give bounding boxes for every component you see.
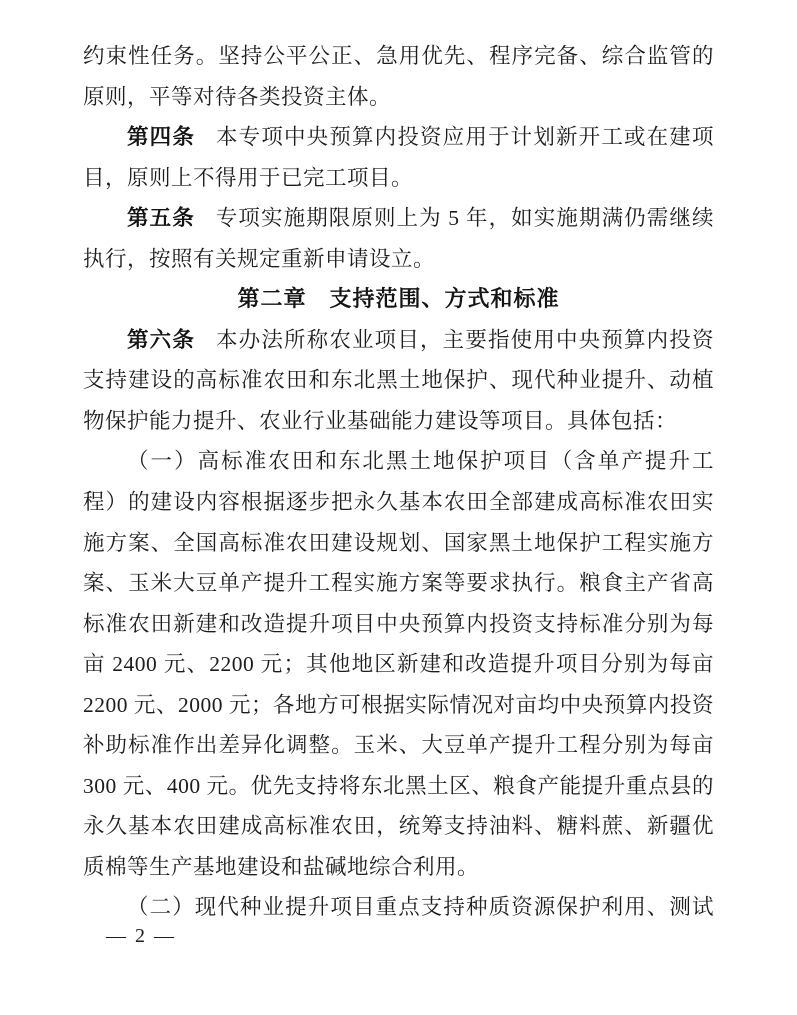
text-line: 2200 元、2000 元；各地方可根据实际情况对亩均中央预算内投资 xyxy=(83,685,714,726)
text-line: 第四条本专项中央预算内投资应用于计划新开工或在建项 xyxy=(83,117,714,158)
article-number: 第五条 xyxy=(127,206,195,230)
text-line: 300 元、400 元。优先支持将东北黑土区、粮食产能提升重点县的 xyxy=(83,766,714,807)
text-line: 支持建设的高标准农田和东北黑土地保护、现代种业提升、动植 xyxy=(83,360,714,401)
text-line: 质棉等生产基地建设和盐碱地综合利用。 xyxy=(83,847,714,888)
text-line: 目，原则上不得用于已完工项目。 xyxy=(83,158,714,199)
text-line: 案、玉米大豆单产提升工程实施方案等要求执行。粮食主产省高 xyxy=(83,563,714,604)
text-line: 补助标准作出差异化调整。玉米、大豆单产提升工程分别为每亩 xyxy=(83,725,714,766)
chapter-heading: 第二章 支持范围、方式和标准 xyxy=(83,279,714,320)
text-line: 约束性任务。坚持公平公正、急用优先、程序完备、综合监管的 xyxy=(83,36,714,77)
text-line: 物保护能力提升、农业行业基础能力建设等项目。具体包括： xyxy=(83,401,714,442)
text-line: 执行，按照有关规定重新申请设立。 xyxy=(83,239,714,280)
text-line: 程）的建设内容根据逐步把永久基本农田全部建成高标准农田实 xyxy=(83,482,714,523)
document-page: 约束性任务。坚持公平公正、急用优先、程序完备、综合监管的原则，平等对待各类投资主… xyxy=(0,0,797,1015)
document-body: 约束性任务。坚持公平公正、急用优先、程序完备、综合监管的原则，平等对待各类投资主… xyxy=(83,36,714,928)
text-line: 标准农田新建和改造提升项目中央预算内投资支持标准分别为每 xyxy=(83,604,714,645)
text-line: 永久基本农田建成高标准农田，统筹支持油料、糖料蔗、新疆优 xyxy=(83,806,714,847)
page-number: — 2 — xyxy=(106,924,176,948)
article-number: 第四条 xyxy=(127,125,195,149)
text-line: 第五条专项实施期限原则上为 5 年，如实施期满仍需继续 xyxy=(83,198,714,239)
text-line: 原则，平等对待各类投资主体。 xyxy=(83,77,714,118)
text-line: （二）现代种业提升项目重点支持种质资源保护利用、测试 xyxy=(83,887,714,928)
text-line: 亩 2400 元、2200 元；其他地区新建和改造提升项目分别为每亩 xyxy=(83,644,714,685)
text-line: （一）高标准农田和东北黑土地保护项目（含单产提升工 xyxy=(83,441,714,482)
text-line: 第六条本办法所称农业项目，主要指使用中央预算内投资 xyxy=(83,320,714,361)
article-number: 第六条 xyxy=(127,328,195,352)
text-line: 施方案、全国高标准农田建设规划、国家黑土地保护工程实施方 xyxy=(83,523,714,564)
